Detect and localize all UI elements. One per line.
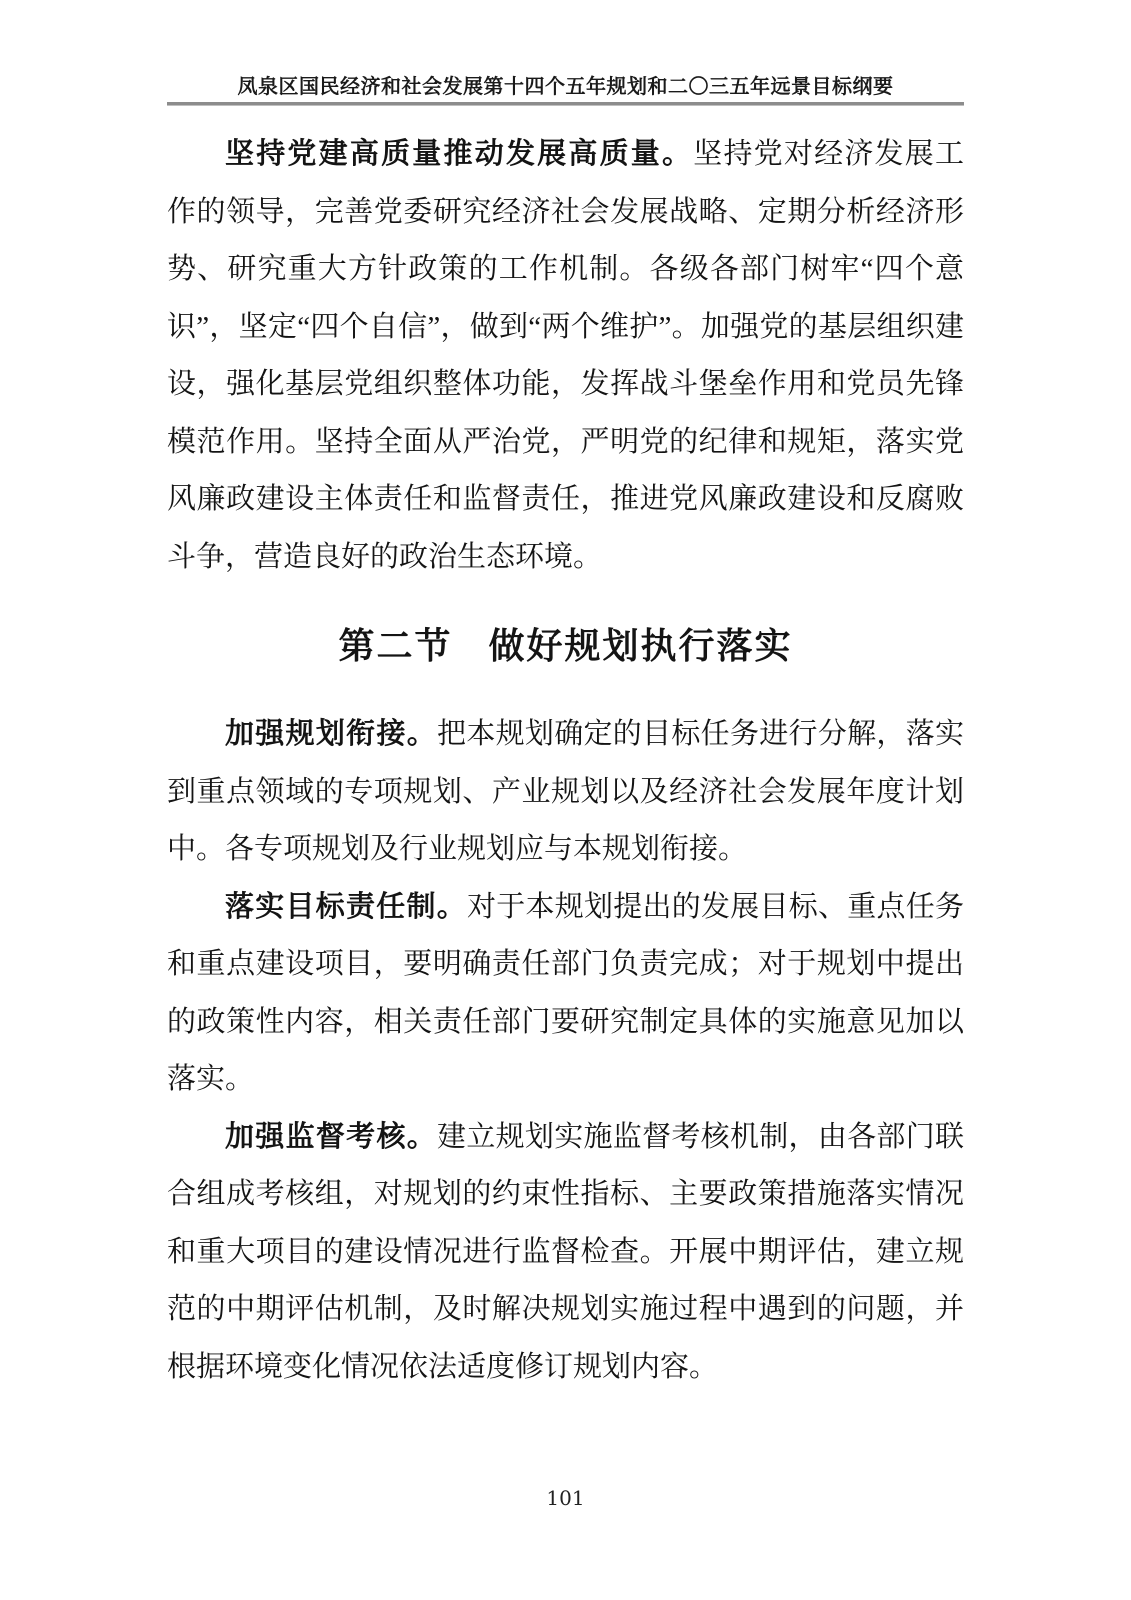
paragraph-text: 坚持党对经济发展工作的领导，完善党委研究经济社会发展战略、定期分析经济形势、研究…: [167, 138, 964, 573]
document-body: 坚持党建高质量推动发展高质量。坚持党对经济发展工作的领导，完善党委研究经济社会发…: [167, 126, 964, 1396]
document-page: 凤泉区国民经济和社会发展第十四个五年规划和二〇三五年远景目标纲要 坚持党建高质量…: [0, 0, 1131, 1600]
paragraph-party-building: 坚持党建高质量推动发展高质量。坚持党对经济发展工作的领导，完善党委研究经济社会发…: [167, 126, 964, 586]
paragraph-plan-linkage: 加强规划衔接。把本规划确定的目标任务进行分解，落实到重点领域的专项规划、产业规划…: [167, 706, 964, 879]
section-heading-title: 做好规划执行落实: [489, 626, 793, 666]
paragraph-text: 建立规划实施监督考核机制，由各部门联合组成考核组，对规划的约束性指标、主要政策措…: [167, 1121, 964, 1383]
paragraph-lead-bold: 加强监督考核。: [225, 1121, 437, 1153]
section-heading-number: 第二节: [338, 626, 452, 666]
paragraph-lead-bold: 坚持党建高质量推动发展高质量。: [225, 138, 693, 170]
section-heading: 第二节做好规划执行落实: [167, 616, 964, 676]
paragraph-target-responsibility: 落实目标责任制。对于本规划提出的发展目标、重点任务和重点建设项目，要明确责任部门…: [167, 879, 964, 1109]
paragraph-lead-bold: 加强规划衔接。: [225, 718, 437, 750]
paragraph-lead-bold: 落实目标责任制。: [225, 891, 467, 923]
paragraph-supervision-assessment: 加强监督考核。建立规划实施监督考核机制，由各部门联合组成考核组，对规划的约束性指…: [167, 1109, 964, 1397]
page-number: 101: [0, 1486, 1131, 1510]
running-header-title: 凤泉区国民经济和社会发展第十四个五年规划和二〇三五年远景目标纲要: [167, 70, 964, 99]
header-rule-divider: [167, 102, 964, 106]
